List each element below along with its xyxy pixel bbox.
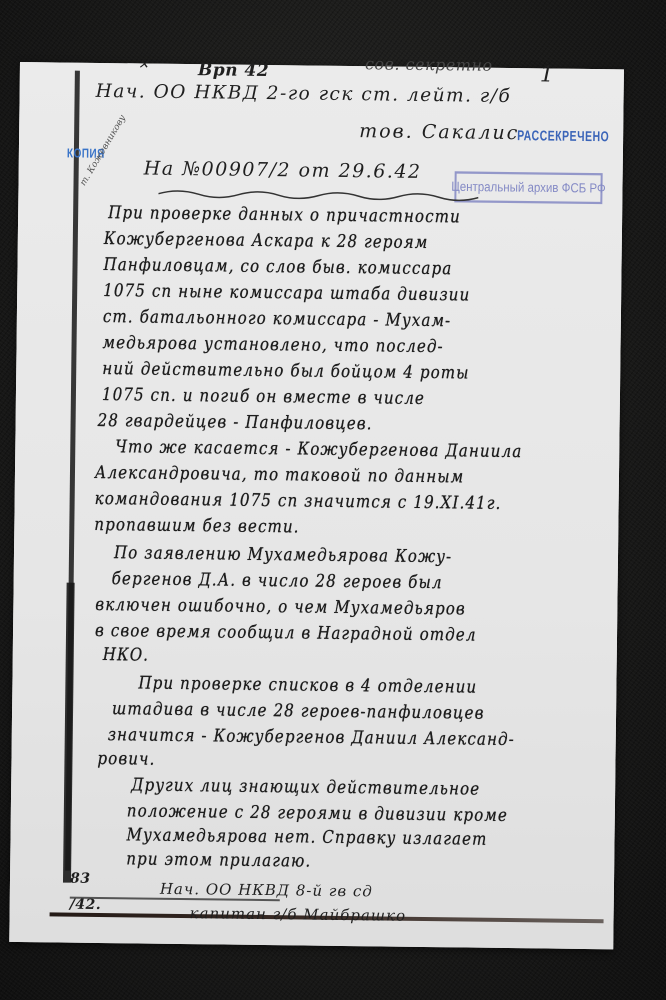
margin-number: 83 xyxy=(70,871,91,887)
corner-mark: ✕ xyxy=(138,57,150,72)
body-line: Александровича, то таковой по данным xyxy=(95,463,465,488)
top-mark: Врп 42 xyxy=(198,60,269,81)
addressee-line-1: Нач. ОО НКВД 2-го гск ст. лейт. г/б xyxy=(96,81,512,107)
reference-line: На №00907/2 от 29.6.42 xyxy=(144,158,422,183)
body-line: По заявлению Мухамедьярова Кожу- xyxy=(114,543,453,567)
body-line: Других лиц знающих действительное xyxy=(131,775,480,799)
signature-title: Нач. ОО НКВД 8-й гв сд xyxy=(160,880,373,901)
body-line: включен ошибочно, о чем Мухамедьяров xyxy=(95,595,466,620)
body-line: бергенов Д.А. в число 28 героев был xyxy=(112,569,443,593)
page-mark: 1 xyxy=(540,62,555,87)
body-line: Мухамедьярова нет. Справку излагает xyxy=(126,825,487,849)
body-line: штадива в числе 28 героев-панфиловцев xyxy=(112,699,485,724)
secrecy-mark-partial: сов. секретно xyxy=(365,54,493,75)
body-line: медьярова установлено, что послед- xyxy=(102,333,443,357)
body-line: рович. xyxy=(97,749,155,770)
body-line: при этом прилагаю. xyxy=(126,849,311,871)
addressee-line-2: тов. Сакалис xyxy=(359,120,519,144)
body-line: НКО. xyxy=(103,645,150,666)
margin-rule-thick xyxy=(63,583,75,883)
body-line: значится - Кожубергенов Даниил Александ- xyxy=(108,725,515,750)
body-line: Кожубергенова Аскара к 28 героям xyxy=(104,229,429,253)
body-line: При проверке данных о причастности xyxy=(108,203,461,227)
body-line: Что же касается - Кожубергенова Даниила xyxy=(115,437,522,462)
margin-number: /42. xyxy=(70,897,102,913)
body-line: 28 гвардейцев - Панфиловцев. xyxy=(97,411,372,434)
signature-name: капитан г/б Майбрашко xyxy=(190,904,407,925)
body-line: положение с 28 героями в дивизии кроме xyxy=(127,801,508,826)
body-line: Панфиловцам, со слов быв. комиссара xyxy=(103,255,452,279)
body-line: ний действительно был бойцом 4 роты xyxy=(102,359,470,383)
body-line: командования 1075 сп значится с 19.XI.41… xyxy=(95,489,502,514)
body-line: пропавшим без вести. xyxy=(94,515,300,538)
wavy-underline xyxy=(158,188,478,202)
declassified-stamp: РАССЕКРЕЧЕНО xyxy=(517,128,609,145)
document-page: КОПИЯ РАССЕКРЕЧЕНО Центральный архив ФСБ… xyxy=(9,62,624,949)
body-line: 1075 сп ныне комиссара штаба дивизии xyxy=(103,281,470,305)
body-line: 1075 сп. и погиб он вместе в числе xyxy=(102,385,425,409)
body-line: ст. батальонного комиссара - Мухам- xyxy=(103,307,452,331)
body-line: При проверке списков в 4 отделении xyxy=(138,673,477,697)
body-line: в свое время сообщил в Наградной отдел xyxy=(95,621,477,646)
